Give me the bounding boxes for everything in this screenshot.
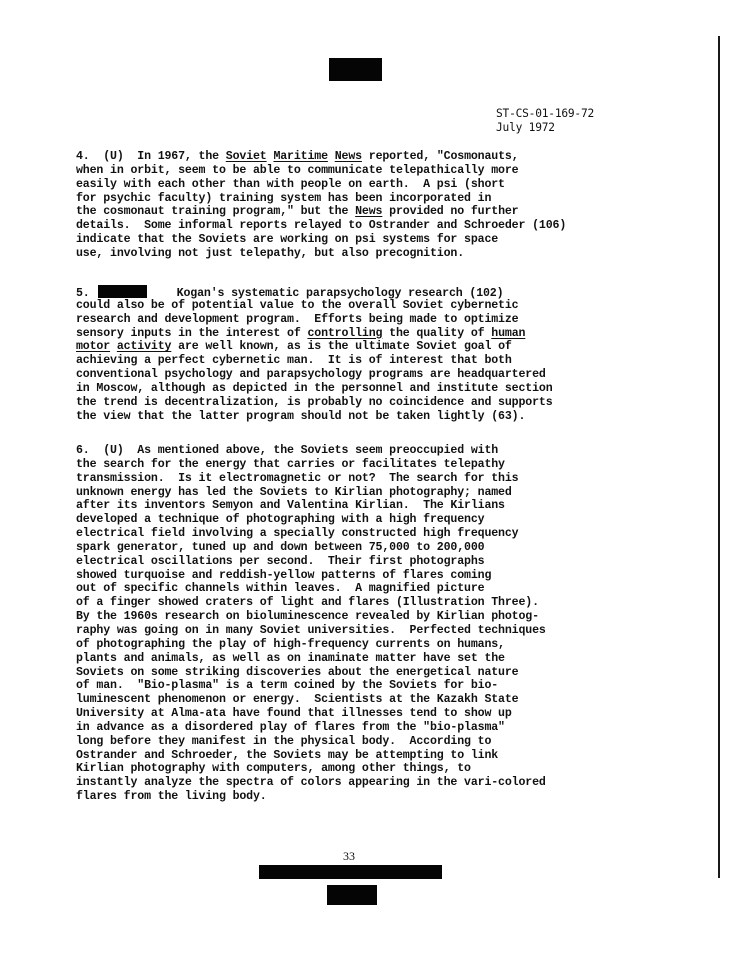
text-line: the view that the latter program should … — [76, 410, 553, 424]
text-line: showed turquoise and reddish-yellow patt… — [76, 569, 546, 583]
text-line: after its inventors Semyon and Valentina… — [76, 499, 546, 513]
text-line: in advance as a disordered play of flare… — [76, 721, 546, 735]
text-line: University at Alma-ata have found that i… — [76, 707, 546, 721]
text-line: sensory inputs in the interest of contro… — [76, 327, 553, 341]
text-line: electrical oscillations per second. Thei… — [76, 555, 546, 569]
text-line: out of specific channels within leaves. … — [76, 582, 546, 596]
text-line: flares from the living body. — [76, 790, 546, 804]
text-line: research and development program. Effort… — [76, 313, 553, 327]
text-line: when in orbit, seem to be able to commun… — [76, 164, 566, 178]
underlined-term: Maritime — [273, 150, 327, 163]
redaction-block-bottom-small — [327, 885, 377, 905]
document-page: ST-CS-01-169-72 July 1972 4. (U) In 1967… — [0, 0, 750, 972]
text-line: achieving a perfect cybernetic man. It i… — [76, 354, 553, 368]
text-line: the search for the energy that carries o… — [76, 458, 546, 472]
redaction-block-bottom-wide — [259, 865, 442, 879]
text-line: Kirlian photography with computers, amon… — [76, 762, 546, 776]
text-line: indicate that the Soviets are working on… — [76, 233, 566, 247]
text-line: could also be of potential value to the … — [76, 299, 553, 313]
text-line: long before they manifest in the physica… — [76, 735, 546, 749]
text-line: unknown energy has led the Soviets to Ki… — [76, 486, 546, 500]
paragraph-4: 4. (U) In 1967, the Soviet Maritime News… — [76, 150, 566, 261]
redaction-block-top — [329, 58, 382, 81]
text-line: conventional psychology and parapsycholo… — [76, 368, 553, 382]
margin-rule — [718, 36, 720, 878]
text-line: of man. "Bio-plasma" is a term coined by… — [76, 679, 546, 693]
underlined-term: motor — [76, 340, 110, 353]
redaction-inline — [98, 285, 147, 298]
page-number: 33 — [343, 849, 355, 864]
text-line: for psychic faculty) training system has… — [76, 192, 566, 206]
text-line: By the 1960s research on bioluminescence… — [76, 610, 546, 624]
text-line: instantly analyze the spectra of colors … — [76, 776, 546, 790]
text-line: raphy was going on in many Soviet univer… — [76, 624, 546, 638]
underlined-term: News — [355, 205, 382, 218]
text-line: easily with each other than with people … — [76, 178, 566, 192]
text-line: the cosmonaut training program," but the… — [76, 205, 566, 219]
text-line: 4. (U) In 1967, the Soviet Maritime News… — [76, 150, 566, 164]
text-line: luminescent phenomenon or energy. Scient… — [76, 693, 546, 707]
document-header: ST-CS-01-169-72 July 1972 — [496, 107, 594, 135]
text-line: the trend is decentralization, is probab… — [76, 396, 553, 410]
text-line: details. Some informal reports relayed t… — [76, 219, 566, 233]
text-line: in Moscow, although as depicted in the p… — [76, 382, 553, 396]
text-line: 6. (U) As mentioned above, the Soviets s… — [76, 444, 546, 458]
paragraph-6: 6. (U) As mentioned above, the Soviets s… — [76, 444, 546, 804]
underlined-term: News — [335, 150, 362, 163]
text-line: Soviets on some striking discoveries abo… — [76, 666, 546, 680]
paragraph-5: 5. Kogan's systematic parapsychology res… — [76, 285, 553, 423]
document-id: ST-CS-01-169-72 — [496, 107, 594, 121]
text-line: motor activity are well known, as is the… — [76, 340, 553, 354]
text-line: of photographing the play of high-freque… — [76, 638, 546, 652]
text-line: use, involving not just telepathy, but a… — [76, 247, 566, 261]
text-line: spark generator, tuned up and down betwe… — [76, 541, 546, 555]
underlined-term: controlling — [307, 327, 382, 340]
text-line: transmission. Is it electromagnetic or n… — [76, 472, 546, 486]
text-line: of a finger showed craters of light and … — [76, 596, 546, 610]
text-line: plants and animals, as well as on inamin… — [76, 652, 546, 666]
text-line: developed a technique of photographing w… — [76, 513, 546, 527]
underlined-term: activity — [117, 340, 171, 353]
underlined-term: human — [491, 327, 525, 340]
text-line: 5. Kogan's systematic parapsychology res… — [76, 285, 553, 299]
underlined-term: Soviet — [226, 150, 267, 163]
document-date: July 1972 — [496, 121, 594, 135]
text-line: Ostrander and Schroeder, the Soviets may… — [76, 749, 546, 763]
text-line: electrical field involving a specially c… — [76, 527, 546, 541]
